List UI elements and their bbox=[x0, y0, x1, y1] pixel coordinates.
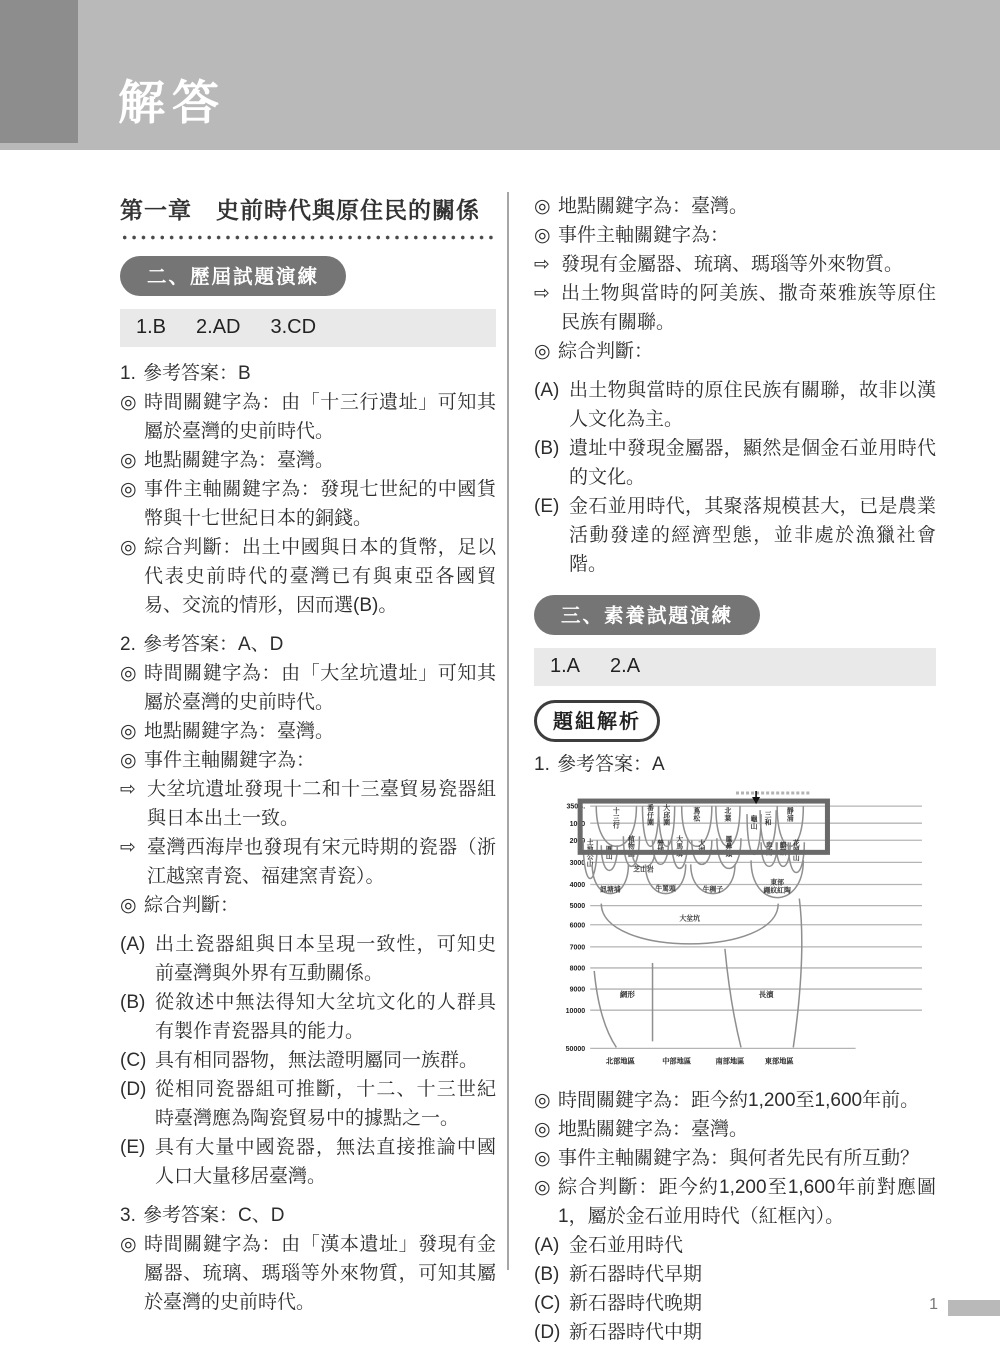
line-marker: (D) bbox=[120, 1075, 155, 1104]
answer-text-line: ◎綜合判斷： bbox=[120, 891, 496, 920]
line-text: 金石並用時代，其聚落規模甚大，已是農業活動發達的經濟型態，並非處於漁獵社會階。 bbox=[569, 492, 936, 579]
svg-text:50000: 50000 bbox=[566, 1046, 586, 1053]
line-marker: ⇨ bbox=[120, 775, 147, 804]
svg-text:北部地區: 北部地區 bbox=[606, 1056, 636, 1065]
answer-text-line: 2.參考答案：A、D bbox=[120, 630, 496, 659]
left-column: 第一章 史前時代與原住民的關係 二、歷屆試題演練 1.B2.AD3.CD 1.參… bbox=[120, 192, 496, 1317]
line-text: 遺址中發現金屬器，顯然是個金石並用時代的文化。 bbox=[569, 434, 936, 492]
svg-text:龜山: 龜山 bbox=[751, 814, 758, 830]
line-text: 具有相同器物，無法證明屬同一族群。 bbox=[155, 1046, 496, 1075]
answer-text-line: ⇨大坌坑遺址發現十二和十三臺貿易瓷器組與日本出土一致。 bbox=[120, 775, 496, 833]
svg-text:7000: 7000 bbox=[570, 944, 586, 951]
line-text: 事件主軸關鍵字為：發現七世紀的中國貨幣與十七世紀日本的銅錢。 bbox=[144, 475, 496, 533]
line-text: 事件主軸關鍵字為：與何者先民有所互動？ bbox=[558, 1144, 936, 1173]
answer-summary-box: 1.A2.A bbox=[534, 648, 936, 686]
line-marker: (A) bbox=[534, 376, 569, 405]
svg-text:東部: 東部 bbox=[770, 878, 784, 887]
question-answer-line: 1.參考答案：A bbox=[534, 750, 936, 779]
line-marker: ◎ bbox=[534, 192, 558, 221]
line-text: 時間關鍵字為：由「漢本遺址」發現有金屬器、琉璃、瑪瑙等外來物質，可知其屬於臺灣的… bbox=[144, 1230, 496, 1317]
svg-text:番仔園: 番仔園 bbox=[647, 803, 654, 826]
line-text: 地點關鍵字為：臺灣。 bbox=[558, 1115, 936, 1144]
line-marker: ⇨ bbox=[534, 279, 561, 308]
line-marker: (C) bbox=[120, 1046, 155, 1075]
line-text: 從敘述中無法得知大坌坑文化的人群具有製作青瓷器具的能力。 bbox=[155, 988, 496, 1046]
line-text: 參考答案：B bbox=[143, 359, 496, 388]
svg-text:南部地區: 南部地區 bbox=[715, 1056, 745, 1065]
svg-text:大坌坑: 大坌坑 bbox=[679, 914, 700, 923]
line-marker: 3. bbox=[120, 1201, 143, 1230]
line-text: 參考答案：A、D bbox=[143, 630, 496, 659]
answer-text-line: 1.參考答案：A bbox=[534, 750, 936, 779]
answer-item: 2.A bbox=[610, 655, 640, 677]
line-marker: (A) bbox=[120, 930, 155, 959]
answer-text-line: ◎時間關鍵字為：由「大坌坑遺址」可知其屬於臺灣的史前時代。 bbox=[120, 659, 496, 717]
page-edge-tab bbox=[948, 1300, 1000, 1316]
svg-text:北葉: 北葉 bbox=[725, 806, 732, 822]
line-text: 金石並用時代 bbox=[569, 1231, 936, 1260]
svg-text:三和: 三和 bbox=[765, 811, 772, 826]
line-text: 從相同瓷器組可推斷，十二、十三世紀時臺灣應為陶瓷貿易中的據點之一。 bbox=[155, 1075, 496, 1133]
line-marker: ◎ bbox=[120, 446, 144, 475]
option-line: (B)新石器時代早期 bbox=[534, 1260, 936, 1289]
svg-text:中部地區: 中部地區 bbox=[662, 1056, 692, 1065]
line-marker: ◎ bbox=[120, 746, 144, 775]
line-marker: (E) bbox=[120, 1133, 155, 1162]
option-line: (A)出土瓷器組與日本呈現一致性，可知史前臺灣與外界有互動關係。 bbox=[120, 930, 496, 988]
line-marker: ◎ bbox=[120, 388, 144, 417]
option-line: (E)金石並用時代，其聚落規模甚大，已是農業活動發達的經濟型態，並非處於漁獵社會… bbox=[534, 492, 936, 579]
answer-item: 1.A bbox=[550, 655, 580, 677]
line-marker: ◎ bbox=[120, 475, 144, 504]
line-marker: ◎ bbox=[120, 891, 144, 920]
line-marker: (C) bbox=[534, 1289, 569, 1318]
answer-text-line: ⇨發現有金屬器、琉璃、瑪瑙等外來物質。 bbox=[534, 250, 936, 279]
line-text: 新石器時代中期 bbox=[569, 1318, 936, 1347]
section-pill-past-exams: 二、歷屆試題演練 bbox=[120, 256, 346, 296]
line-marker: ◎ bbox=[534, 1173, 558, 1202]
section-pill-literacy: 三、素養試題演練 bbox=[534, 595, 760, 635]
line-marker: ⇨ bbox=[534, 250, 561, 279]
answer-text-line: ⇨臺灣西海岸也發現有宋元時期的瓷器（浙江越窯青瓷、福建窯青瓷）。 bbox=[120, 833, 496, 891]
page-title: 解答 bbox=[118, 66, 226, 133]
answer-text-line: ◎事件主軸關鍵字為：發現七世紀的中國貨幣與十七世紀日本的銅錢。 bbox=[120, 475, 496, 533]
svg-text:4000: 4000 bbox=[570, 882, 586, 889]
option-line: (C)新石器時代晚期 bbox=[534, 1289, 936, 1318]
svg-text:6000: 6000 bbox=[570, 922, 586, 929]
line-text: 具有大量中國瓷器，無法直接推論中國人口大量移居臺灣。 bbox=[155, 1133, 496, 1191]
svg-text:繩紋紅陶: 繩紋紅陶 bbox=[763, 886, 791, 895]
line-text: 時間關鍵字為：由「十三行遺址」可知其屬於臺灣的史前時代。 bbox=[144, 388, 496, 446]
svg-text:大邱園: 大邱園 bbox=[663, 803, 670, 826]
option-line: (D)從相同瓷器組可推斷，十二、十三世紀時臺灣應為陶瓷貿易中的據點之一。 bbox=[120, 1075, 496, 1133]
left-answer-blocks: 1.參考答案：B◎時間關鍵字為：由「十三行遺址」可知其屬於臺灣的史前時代。◎地點… bbox=[120, 359, 496, 1317]
answer-text-line: ◎事件主軸關鍵字為： bbox=[120, 746, 496, 775]
chapter-title: 第一章 史前時代與原住民的關係 bbox=[120, 192, 496, 225]
dotted-rule bbox=[120, 234, 496, 241]
answer-text-line: 3.參考答案：C、D bbox=[120, 1201, 496, 1230]
line-marker: 1. bbox=[534, 750, 557, 779]
svg-text:牛稠子: 牛稠子 bbox=[703, 885, 724, 894]
svg-text:靜浦: 靜浦 bbox=[787, 806, 794, 822]
line-marker: 2. bbox=[120, 630, 143, 659]
svg-text:東部地區: 東部地區 bbox=[765, 1056, 795, 1065]
svg-text:網形: 網形 bbox=[619, 989, 636, 999]
svg-text:十三行: 十三行 bbox=[613, 806, 620, 829]
answer-item: 1.B bbox=[136, 316, 166, 338]
svg-text:9000: 9000 bbox=[570, 987, 586, 994]
answer-text-line: 1.參考答案：B bbox=[120, 359, 496, 388]
answer-text-line: ◎綜合判斷： bbox=[534, 337, 936, 366]
svg-text:芝山岩: 芝山岩 bbox=[633, 864, 654, 873]
answer-text-line: ◎地點關鍵字為：臺灣。 bbox=[534, 192, 936, 221]
line-text: 發現有金屬器、琉璃、瑪瑙等外來物質。 bbox=[561, 250, 936, 279]
option-line: (D)新石器時代中期 bbox=[534, 1318, 936, 1347]
line-text: 出土瓷器組與日本呈現一致性，可知史前臺灣與外界有互動關係。 bbox=[155, 930, 496, 988]
line-marker: 1. bbox=[120, 359, 143, 388]
line-text: 參考答案：A bbox=[557, 750, 936, 779]
column-divider bbox=[507, 192, 509, 1270]
page-header: 解答 bbox=[0, 0, 1000, 150]
option-line: (A)金石並用時代 bbox=[534, 1231, 936, 1260]
option-line: (E)具有大量中國瓷器，無法直接推論中國人口大量移居臺灣。 bbox=[120, 1133, 496, 1191]
answer-text-line: ◎時間關鍵字為：由「十三行遺址」可知其屬於臺灣的史前時代。 bbox=[120, 388, 496, 446]
answer-text-line: ◎綜合判斷：距今約1,200至1,600年前對應圖1，屬於金石並用時代（紅框內）… bbox=[534, 1173, 936, 1231]
line-text: 新石器時代早期 bbox=[569, 1260, 936, 1289]
line-text: 時間關鍵字為：距今約1,200至1,600年前。 bbox=[558, 1086, 936, 1115]
prehistory-timeline-chart: 350B.10002000300040005000600070008000900… bbox=[552, 787, 930, 1078]
svg-text:3000: 3000 bbox=[570, 860, 586, 867]
line-text: 事件主軸關鍵字為： bbox=[558, 221, 936, 250]
svg-text:蔦松: 蔦松 bbox=[692, 806, 700, 822]
right-column: ◎地點關鍵字為：臺灣。◎事件主軸關鍵字為：⇨發現有金屬器、琉璃、瑪瑙等外來物質。… bbox=[534, 192, 936, 1347]
line-marker: (A) bbox=[534, 1231, 569, 1260]
line-text: 地點關鍵字為：臺灣。 bbox=[144, 717, 496, 746]
line-text: 參考答案：C、D bbox=[143, 1201, 496, 1230]
line-marker: ◎ bbox=[120, 659, 144, 688]
line-marker: (B) bbox=[534, 434, 569, 463]
right-top-answer-blocks: ◎地點關鍵字為：臺灣。◎事件主軸關鍵字為：⇨發現有金屬器、琉璃、瑪瑙等外來物質。… bbox=[534, 192, 936, 579]
line-text: 事件主軸關鍵字為： bbox=[144, 746, 496, 775]
option-line: (C)具有相同器物，無法證明屬同一族群。 bbox=[120, 1046, 496, 1075]
answer-text-line: ◎地點關鍵字為：臺灣。 bbox=[120, 446, 496, 475]
line-text: 綜合判斷： bbox=[558, 337, 936, 366]
answer-text-line: ◎事件主軸關鍵字為： bbox=[534, 221, 936, 250]
svg-text:8000: 8000 bbox=[570, 966, 586, 973]
svg-text:10000: 10000 bbox=[566, 1008, 586, 1015]
line-marker: (E) bbox=[534, 492, 569, 521]
line-text: 時間關鍵字為：由「大坌坑遺址」可知其屬於臺灣的史前時代。 bbox=[144, 659, 496, 717]
option-line: (A)出土物與當時的原住民族有關聯，故非以漢人文化為主。 bbox=[534, 376, 936, 434]
answer-page: 解答 第一章 史前時代與原住民的關係 二、歷屆試題演練 1.B2.AD3.CD … bbox=[0, 0, 1000, 1353]
line-marker: ◎ bbox=[534, 337, 558, 366]
option-line: (B)從敘述中無法得知大坌坑文化的人群具有製作青瓷器具的能力。 bbox=[120, 988, 496, 1046]
line-text: 綜合判斷：出土中國與日本的貨幣，足以代表史前時代的臺灣已有與東亞各國貿易、交流的… bbox=[144, 533, 496, 620]
line-marker: (D) bbox=[534, 1318, 569, 1347]
line-marker: ◎ bbox=[534, 1144, 558, 1173]
line-text: 綜合判斷：距今約1,200至1,600年前對應圖1，屬於金石並用時代（紅框內）。 bbox=[558, 1173, 936, 1231]
answer-text-line: ⇨出土物與當時的阿美族、撒奇萊雅族等原住民族有關聯。 bbox=[534, 279, 936, 337]
answer-item: 3.CD bbox=[271, 316, 317, 338]
page-number: 1 bbox=[908, 1296, 938, 1314]
svg-text:長濱: 長濱 bbox=[759, 989, 775, 999]
answer-item: 2.AD bbox=[196, 316, 240, 338]
answer-text-line: ◎地點關鍵字為：臺灣。 bbox=[120, 717, 496, 746]
line-text: 出土物與當時的阿美族、撒奇萊雅族等原住民族有關聯。 bbox=[561, 279, 936, 337]
answer-text-line: ◎時間關鍵字為：距今約1,200至1,600年前。 bbox=[534, 1086, 936, 1115]
line-text: 臺灣西海岸也發現有宋元時期的瓷器（浙江越窯青瓷、福建窯青瓷）。 bbox=[147, 833, 496, 891]
svg-text:1000: 1000 bbox=[570, 821, 586, 828]
line-marker: (B) bbox=[120, 988, 155, 1017]
option-line: (B)遺址中發現金屬器，顯然是個金石並用時代的文化。 bbox=[534, 434, 936, 492]
answer-text-line: ◎綜合判斷：出土中國與日本的貨幣，足以代表史前時代的臺灣已有與東亞各國貿易、交流… bbox=[120, 533, 496, 620]
line-text: 地點關鍵字為：臺灣。 bbox=[144, 446, 496, 475]
line-marker: ◎ bbox=[534, 221, 558, 250]
answer-summary-box: 1.B2.AD3.CD bbox=[120, 309, 496, 347]
answer-text-line: ◎事件主軸關鍵字為：與何者先民有所互動？ bbox=[534, 1144, 936, 1173]
line-marker: ◎ bbox=[120, 717, 144, 746]
line-marker: ◎ bbox=[120, 1230, 144, 1259]
svg-text:5000: 5000 bbox=[570, 903, 586, 910]
line-marker: ◎ bbox=[534, 1086, 558, 1115]
line-text: 地點關鍵字為：臺灣。 bbox=[558, 192, 936, 221]
line-text: 出土物與當時的原住民族有關聯，故非以漢人文化為主。 bbox=[569, 376, 936, 434]
answer-text-line: ◎時間關鍵字為：由「漢本遺址」發現有金屬器、琉璃、瑪瑙等外來物質，可知其屬於臺灣… bbox=[120, 1230, 496, 1317]
line-text: 綜合判斷： bbox=[144, 891, 496, 920]
prehistory-timeline-svg: 350B.10002000300040005000600070008000900… bbox=[552, 787, 930, 1078]
answer-text-line: ◎地點關鍵字為：臺灣。 bbox=[534, 1115, 936, 1144]
line-marker: ⇨ bbox=[120, 833, 147, 862]
analysis-label: 題組解析 bbox=[534, 700, 660, 742]
header-corner-block bbox=[0, 0, 78, 143]
right-bottom-answer-blocks: ◎時間關鍵字為：距今約1,200至1,600年前。◎地點關鍵字為：臺灣。◎事件主… bbox=[534, 1086, 936, 1347]
line-text: 新石器時代晚期 bbox=[569, 1289, 936, 1318]
line-marker: ◎ bbox=[120, 533, 144, 562]
svg-text:訊塘埔: 訊塘埔 bbox=[600, 885, 621, 894]
line-marker: (B) bbox=[534, 1260, 569, 1289]
svg-text:牛罵頭: 牛罵頭 bbox=[655, 884, 676, 893]
line-marker: ◎ bbox=[534, 1115, 558, 1144]
line-text: 大坌坑遺址發現十二和十三臺貿易瓷器組與日本出土一致。 bbox=[147, 775, 496, 833]
